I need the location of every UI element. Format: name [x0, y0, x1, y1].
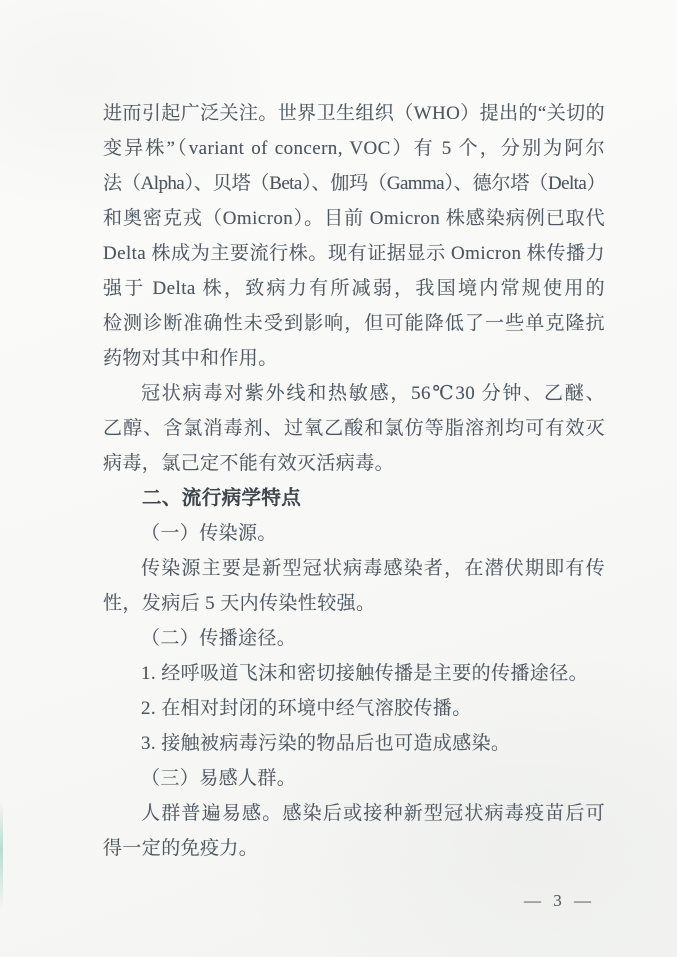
body-text-line: 和奥密克戎（Omicron）。目前 Omicron 株感染病例已取代: [103, 201, 605, 236]
scanned-document-page: 进而引起广泛关注。世界卫生组织（WHO）提出的“关切的 变异株”（variant…: [0, 0, 677, 957]
list-item: 1. 经呼吸道飞沫和密切接触传播是主要的传播途径。: [103, 656, 605, 691]
subsection-label: （一）传染源。: [103, 516, 605, 551]
body-text-line: 强于 Delta 株，致病力有所减弱，我国境内常规使用的 PCR: [103, 271, 605, 306]
body-text-line: 传染源主要是新型冠状病毒感染者，在潜伏期即有传染: [103, 551, 605, 586]
subsection-label: （三）易感人群。: [103, 761, 605, 796]
subsection-label: （二）传播途径。: [103, 621, 605, 656]
list-item: 2. 在相对封闭的环境中经气溶胶传播。: [103, 691, 605, 726]
body-text-line: 得一定的免疫力。: [103, 831, 605, 866]
body-text-line: Delta 株成为主要流行株。现有证据显示 Omicron 株传播力: [103, 236, 605, 271]
body-text-line: 进而引起广泛关注。世界卫生组织（WHO）提出的“关切的: [103, 96, 605, 131]
section-heading: 二、流行病学特点: [103, 481, 605, 516]
body-text-line: 病毒，氯己定不能有效灭活病毒。: [103, 446, 605, 481]
page-number: — 3 —: [524, 889, 624, 913]
body-text-line: 法（Alpha）、贝塔（Beta）、伽玛（Gamma）、德尔塔（Delta）: [103, 166, 605, 201]
body-text-line: 人群普遍易感。感染后或接种新型冠状病毒疫苗后可获: [103, 796, 605, 831]
body-text-line: 冠状病毒对紫外线和热敏感，56℃30 分钟、乙醚、75%: [103, 376, 605, 411]
body-text-line: 药物对其中和作用。: [103, 341, 605, 376]
body-text-line: 变异株”（variant of concern, VOC）有 5 个，分别为阿尔: [103, 131, 605, 166]
body-text-line: 性，发病后 5 天内传染性较强。: [103, 586, 605, 621]
document-text-block: 进而引起广泛关注。世界卫生组织（WHO）提出的“关切的 变异株”（variant…: [103, 96, 605, 866]
body-text-line: 乙醇、含氯消毒剂、过氧乙酸和氯仿等脂溶剂均可有效灭活: [103, 411, 605, 446]
scan-artifact: [0, 800, 3, 910]
body-text-line: 检测诊断准确性未受到影响，但可能降低了一些单克隆抗体: [103, 306, 605, 341]
list-item: 3. 接触被病毒污染的物品后也可造成感染。: [103, 726, 605, 761]
